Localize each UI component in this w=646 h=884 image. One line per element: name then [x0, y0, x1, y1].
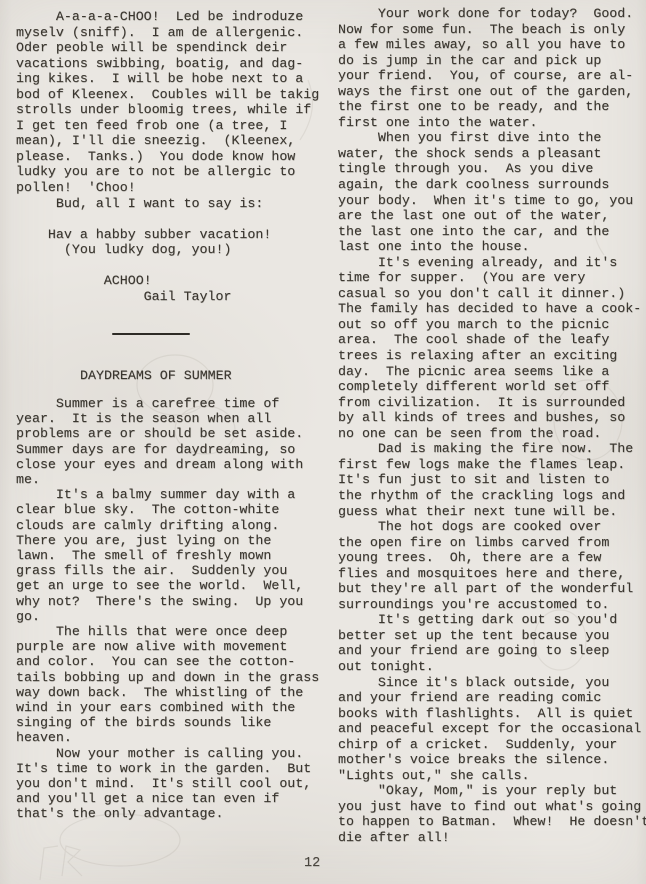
- text-line: you just have to find out what's going: [338, 799, 646, 815]
- text-line: pollen! 'Choo!: [16, 180, 330, 196]
- text-line: from civilization. It is surrounded: [338, 395, 646, 411]
- text-line: the last one into the car, and the: [338, 224, 646, 240]
- text-line: and your friend are going to sleep: [338, 643, 646, 659]
- text-line: When you first dive into the: [338, 130, 646, 146]
- text-line: day. The picnic area seems like a: [338, 364, 646, 380]
- text-line: Summer is a carefree time of: [16, 396, 330, 411]
- text-line: by all kinds of trees and bushes, so: [338, 410, 646, 426]
- text-line: vacations swibbing, boatig, and dag-: [16, 56, 330, 72]
- text-line: Now for some fun. The beach is only: [338, 22, 646, 38]
- text-line: Summer days are for daydreaming, so: [16, 442, 330, 457]
- text-line: please. Tanks.) You dode know how: [16, 149, 330, 165]
- text-line: out so off you march to the picnic: [338, 317, 646, 333]
- text-line: to happen to Batman. Whew! He doesn't: [338, 814, 646, 830]
- text-line: again, the dark coolness surrounds: [338, 177, 646, 193]
- text-line: ACHOO!: [16, 273, 330, 289]
- text-line: out tonight.: [338, 659, 646, 675]
- text-line: Dad is making the fire now. The: [338, 441, 646, 457]
- text-line: chirp of a cricket. Suddenly, your: [338, 737, 646, 753]
- text-line: strolls under bloomig trees, while if: [16, 102, 330, 118]
- text-line: why not? There's the swing. Up you: [16, 594, 330, 609]
- text-line: year. It is the season when all: [16, 411, 330, 426]
- text-line: It's fun just to sit and listen to: [338, 472, 646, 488]
- text-line: bod of Kleenex. Coubles will be takig: [16, 87, 330, 103]
- text-line: the rhythm of the crackling logs and: [338, 488, 646, 504]
- text-line: singing of the birds sounds like: [16, 715, 330, 730]
- text-line: tails bobbing up and down in the grass: [16, 670, 330, 685]
- text-line: are the last one out of the water,: [338, 208, 646, 224]
- text-line: young trees. Oh, there are a few: [338, 550, 646, 566]
- text-line: a few miles away, so all you have to: [338, 37, 646, 53]
- text-line: last one into the house.: [338, 239, 646, 255]
- text-line: I get ten feed frob one (a tree, I: [16, 118, 330, 134]
- text-line: go.: [16, 609, 330, 624]
- text-line: no one can be seen from the road.: [338, 426, 646, 442]
- text-line: first few logs make the flames leap.: [338, 457, 646, 473]
- text-line: way down back. The whistling of the: [16, 685, 330, 700]
- text-line: [16, 258, 330, 274]
- text-line: trees is relaxing after an exciting: [338, 348, 646, 364]
- text-line: your body. When it's time to go, you: [338, 193, 646, 209]
- text-line: first one into the water.: [338, 115, 646, 131]
- text-line: ways the first one out of the garden,: [338, 84, 646, 100]
- text-line: die after all!: [338, 830, 646, 846]
- text-line: ludky you are to not be allergic to: [16, 164, 330, 180]
- text-line: flies and mosquitoes here and there,: [338, 566, 646, 582]
- text-line: mother's voice breaks the silence.: [338, 752, 646, 768]
- text-line: Your work done for today? Good.: [338, 6, 646, 22]
- text-line: water, the shock sends a pleasant: [338, 146, 646, 162]
- text-line: Oder peoble will be spendinck deir: [16, 40, 330, 56]
- text-line: There you are, just lying on the: [16, 533, 330, 548]
- text-line: It's a balmy summer day with a: [16, 487, 330, 502]
- text-line: your friend. You, of course, are al-: [338, 68, 646, 84]
- story-body-left: Summer is a carefree time ofyear. It is …: [16, 396, 330, 822]
- text-line: Since it's black outside, you: [338, 675, 646, 691]
- text-line: Bud, all I want to say is:: [16, 196, 330, 212]
- text-line: and peaceful except for the occasional: [338, 721, 646, 737]
- text-line: the open fire on limbs carved from: [338, 535, 646, 551]
- text-line: clear blue sky. The cotton-white: [16, 502, 330, 517]
- text-line: purple are now alive with movement: [16, 639, 330, 654]
- text-line: heaven.: [16, 730, 330, 745]
- text-line: [16, 211, 330, 227]
- text-line: do is jump in the car and pick up: [338, 53, 646, 69]
- story-body-right: Your work done for today? Good.Now for s…: [338, 6, 646, 846]
- story-heading: DAYDREAMS OF SUMMER: [16, 368, 330, 384]
- text-line: better set up the tent because you: [338, 628, 646, 644]
- text-line: me.: [16, 472, 330, 487]
- text-line: the first one to be ready, and the: [338, 99, 646, 115]
- text-line: tingle through you. As you dive: [338, 161, 646, 177]
- text-line: and your friend are reading comic: [338, 690, 646, 706]
- text-line: time for supper. (You are very: [338, 270, 646, 286]
- text-line: completely different world set off: [338, 379, 646, 395]
- text-line: lawn. The smell of freshly mown: [16, 548, 330, 563]
- section-divider: [112, 333, 190, 335]
- text-line: myselv (sniff). I am de allergenic.: [16, 25, 330, 41]
- text-line: that's the only advantage.: [16, 806, 330, 821]
- text-line: books with flashlights. All is quiet: [338, 706, 646, 722]
- text-line: and color. You can see the cotton-: [16, 654, 330, 669]
- text-line: surroundings you're accustomed to.: [338, 597, 646, 613]
- text-line: "Lights out," she calls.: [338, 768, 646, 784]
- allergy-letter-body: A-a-a-a-CHOO! Led be indroduzemyselv (sn…: [16, 9, 330, 304]
- text-line: It's evening already, and it's: [338, 255, 646, 271]
- text-line: mean), I'll die sneezig. (Kleenex,: [16, 133, 330, 149]
- text-line: close your eyes and dream along with: [16, 457, 330, 472]
- text-line: Now your mother is calling you.: [16, 746, 330, 761]
- text-line: guess what their next tune will be.: [338, 504, 646, 520]
- text-line: It's getting dark out so you'd: [338, 612, 646, 628]
- text-line: but they're all part of the wonderful: [338, 581, 646, 597]
- page-number: 12: [304, 856, 320, 871]
- text-line: ing kikes. I will be hobe next to a: [16, 71, 330, 87]
- text-line: The hills that were once deep: [16, 624, 330, 639]
- text-line: Gail Taylor: [16, 289, 330, 305]
- text-line: "Okay, Mom," is your reply but: [338, 783, 646, 799]
- left-column: A-a-a-a-CHOO! Led be indroduzemyselv (sn…: [16, 9, 330, 822]
- text-line: grass fills the air. Suddenly you: [16, 563, 330, 578]
- text-line: The hot dogs are cooked over: [338, 519, 646, 535]
- right-column: Your work done for today? Good.Now for s…: [338, 6, 646, 846]
- text-line: Hav a habby subber vacation!: [16, 227, 330, 243]
- text-line: (You ludky dog, you!): [16, 242, 330, 258]
- text-line: problems are or should be set aside.: [16, 426, 330, 441]
- text-line: get an urge to see the world. Well,: [16, 578, 330, 593]
- text-line: A-a-a-a-CHOO! Led be indroduze: [16, 9, 330, 25]
- text-line: casual so you don't call it dinner.): [338, 286, 646, 302]
- text-line: It's time to work in the garden. But: [16, 761, 330, 776]
- text-line: The family has decided to have a cook-: [338, 301, 646, 317]
- text-line: clouds are calmly drifting along.: [16, 518, 330, 533]
- text-line: you don't mind. It's still cool out,: [16, 776, 330, 791]
- text-line: area. The cool shade of the leafy: [338, 332, 646, 348]
- text-line: and you'll get a nice tan even if: [16, 791, 330, 806]
- text-line: wind in your ears combined with the: [16, 700, 330, 715]
